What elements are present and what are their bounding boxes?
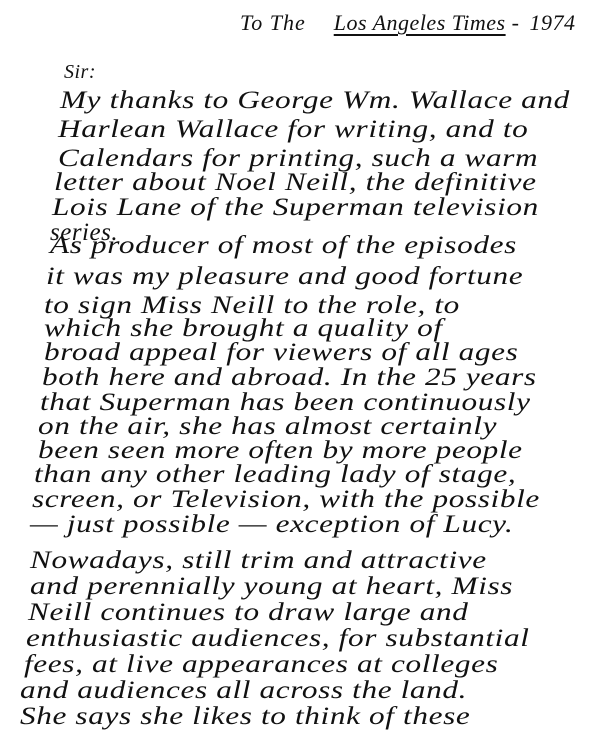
letter-line: that Superman has been continuously — [40, 390, 531, 415]
letter-line: it was my pleasure and good fortune — [46, 264, 523, 289]
letter-line: been seen more often by more people — [38, 438, 523, 463]
letter-line: enthusiastic audiences, for substantial — [26, 626, 530, 651]
letter-line: on the air, she has almost certainly — [38, 414, 497, 439]
heading-separator: - — [512, 10, 526, 35]
letter-line: Neill continues to draw large and — [28, 600, 468, 625]
letter-line: both here and abroad. In the 25 years — [42, 365, 537, 390]
heading-addressee-prefix: To The — [240, 10, 306, 35]
letter-line: and audiences all across the land. — [20, 678, 467, 703]
letter-line: than any other leading lady of stage, — [34, 462, 516, 487]
letter-line: which she brought a quality of — [44, 316, 443, 341]
letter-line: Lois Lane of the Superman television — [52, 195, 539, 220]
letter-line: letter about Noel Neill, the definitive — [54, 170, 537, 195]
letter-line: and perennially young at heart, Miss — [30, 574, 513, 599]
letter-line: — just possible — exception of Lucy. — [30, 512, 513, 537]
letter-page: To The Los Angeles Times - 1974 Sir: My … — [0, 0, 600, 742]
letter-line: Harlean Wallace for writing, and to — [58, 117, 528, 142]
salutation: Sir: — [64, 62, 96, 82]
letter-line: As producer of most of the episodes — [50, 233, 517, 258]
heading-newspaper: Los Angeles Times — [334, 10, 506, 35]
letter-line: broad appeal for viewers of all ages — [44, 340, 518, 365]
letter-line: Nowadays, still trim and attractive — [30, 548, 487, 573]
heading-year: 1974 — [529, 10, 575, 35]
letter-heading: To The Los Angeles Times - 1974 — [240, 12, 575, 34]
letter-line: fees, at live appearances at colleges — [24, 652, 498, 677]
letter-line: screen, or Television, with the possible — [32, 487, 540, 512]
letter-line: Calendars for printing, such a warm — [58, 146, 538, 171]
letter-line: She says she likes to think of these — [20, 704, 470, 729]
letter-line: My thanks to George Wm. Wallace and — [60, 88, 570, 113]
